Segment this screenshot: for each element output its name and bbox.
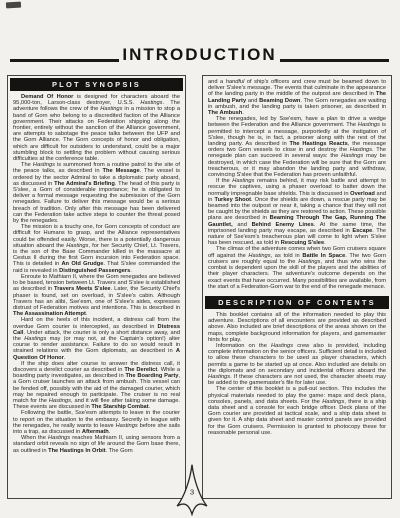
right-column-box: and a handful of ship's officers and cre… [202,75,392,499]
page-header: INTRODUCTION [0,46,400,63]
paragraph: The center of this booklet is a pull-out… [208,386,386,436]
paragraph: This booklet contains all of the informa… [208,312,386,343]
scan-artifact [6,2,21,9]
plot-synopsis-body: Demand Of Honor is designed for characte… [8,91,185,454]
plot-synopsis-continuation-body: and a handful of ship's officers and cre… [203,76,391,290]
paragraph: The Hastings is summoned from a routine … [13,162,180,224]
title-rule-right [280,59,389,62]
plot-synopsis-header: PLOT SYNOPSIS [10,78,183,91]
description-of-contents-header: DESCRIPTION OF CONTENTS [205,296,389,309]
page-number: 3 [190,487,194,496]
paragraph: and a handful of ship's officers and cre… [208,79,386,116]
paragraph: Information on the Hastings crew also is… [208,343,386,386]
manual-page: INTRODUCTION PLOT SYNOPSIS Demand Of Hon… [0,0,400,518]
description-of-contents-body: This booklet contains all of the informa… [203,309,391,436]
paragraph: When the Hastings reaches Mathiarn II, u… [13,435,180,454]
paragraph: Demand Of Honor is designed for characte… [13,94,180,162]
paragraph: Following the battle, Sse'esm attempts t… [13,410,180,435]
title-rule-left [10,59,119,62]
page-title: INTRODUCTION [119,46,279,63]
paragraph: Enroute to Mathiarn II, where the Gorn r… [13,274,180,317]
starfleet-delta-icon: 3 [175,463,209,516]
paragraph: If the ship does alter course to answer … [13,361,180,411]
paragraph: If the Hastings remains behind, it may r… [208,178,386,246]
plot-synopsis-box: PLOT SYNOPSIS Demand Of Honor is designe… [7,75,186,499]
paragraph: The renegades, led by Sse'esm, have a pl… [208,116,386,178]
paragraph: The climax of the adventure comes when t… [208,246,386,289]
paragraph: Hard on the heels of this incident, a di… [13,317,180,360]
paragraph: The mission is a touchy one, for Gorn co… [13,224,180,274]
